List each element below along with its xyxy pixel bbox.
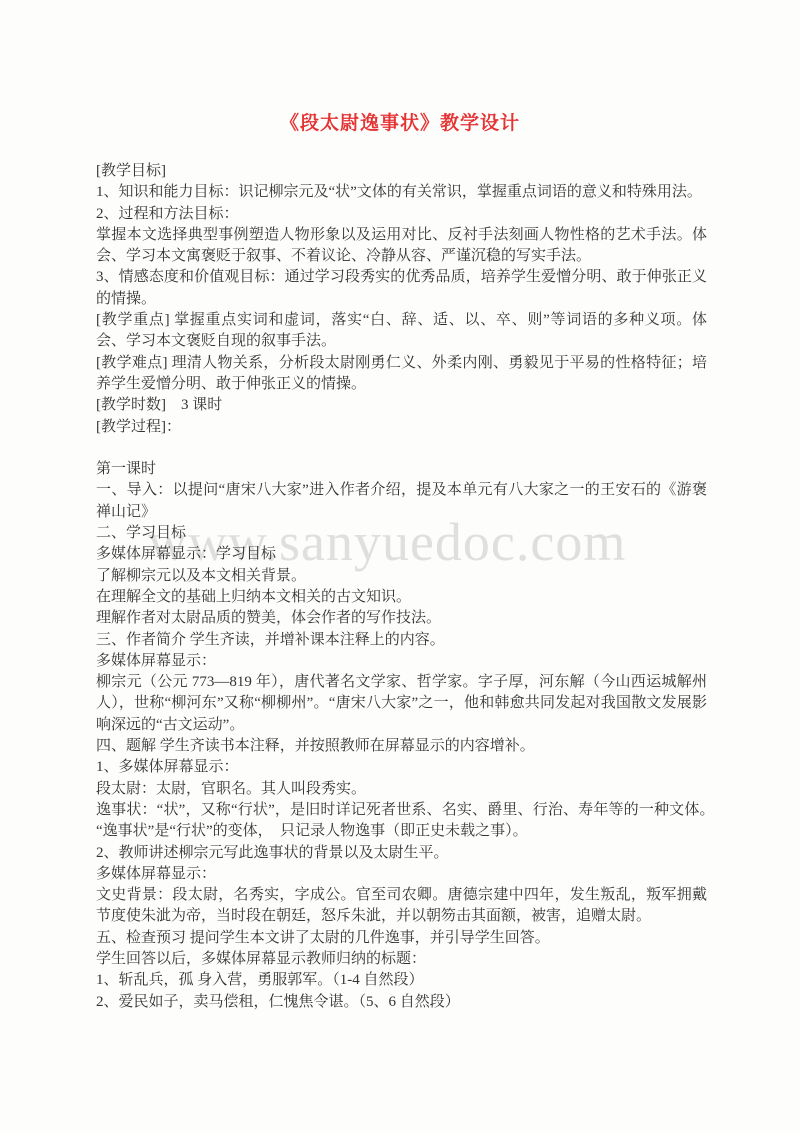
paragraph: 1、斩乱兵，孤 身入营，勇服郭军。（1-4 自然段） <box>96 970 707 991</box>
paragraph: 1、多媒体屏幕显示： <box>96 757 707 778</box>
blank-line <box>96 438 707 459</box>
paragraph: [教学重点] 掌握重点实词和虚词，落实“白、辞、适、以、卒、则”等词语的多种义项… <box>96 310 707 353</box>
paragraph: 多媒体屏幕显示： <box>96 651 707 672</box>
paragraph: 学生回答以后，多媒体屏幕显示教师归纳的标题： <box>96 949 707 970</box>
document-page: 《段太尉逸事状》教学设计 www.sanyuedoc.com [教学目标]1、知… <box>0 0 800 1132</box>
paragraph: 2、爱民如子，卖马偿租，仁愧焦令谌。（5、6 自然段） <box>96 992 707 1013</box>
paragraph: 四、题解 学生齐读书本注释，并按照教师在屏幕显示的内容增补。 <box>96 736 707 757</box>
paragraph: 多媒体屏幕显示： <box>96 864 707 885</box>
paragraph: 3、情感态度和价值观目标：通过学习段秀实的优秀品质，培养学生爱憎分明、敢于伸张正… <box>96 267 707 310</box>
paragraph: 在理解全文的基础上归纳本文相关的古文知识。 <box>96 587 707 608</box>
paragraph: 掌握本文选择典型事例塑造人物形象以及运用对比、反衬手法刻画人物性格的艺术手法。体… <box>96 225 707 268</box>
document-title: 《段太尉逸事状》教学设计 <box>0 108 800 135</box>
paragraph: 了解柳宗元以及本文相关背景。 <box>96 566 707 587</box>
paragraph: 理解作者对太尉品质的赞美，体会作者的写作技法。 <box>96 608 707 629</box>
paragraph: [教学难点] 理清人物关系，分析段太尉刚勇仁义、外柔内刚、勇毅见于平易的性格特征… <box>96 353 707 396</box>
paragraph: 段太尉：太尉，官职名。其人叫段秀实。 <box>96 779 707 800</box>
paragraph: 五、检查预习 提问学生本文讲了太尉的几件逸事，并引导学生回答。 <box>96 928 707 949</box>
paragraph: [教学目标] <box>96 161 707 182</box>
paragraph: 多媒体屏幕显示：学习目标 <box>96 544 707 565</box>
paragraph: 逸事状：“状”，又称“行状”，是旧时详记死者世系、名实、爵里、行治、寿年等的一种… <box>96 800 707 843</box>
paragraph: 三、作者简介 学生齐读，并增补课本注释上的内容。 <box>96 630 707 651</box>
paragraph: 柳宗元（公元 773—819 年），唐代著名文学家、哲学家。字子厚，河东解（今山… <box>96 672 707 736</box>
paragraph: 一、导入：以提问“唐宋八大家”进入作者介绍，提及本单元有八大家之一的王安石的《游… <box>96 480 707 523</box>
paragraph: [教学时数] 3 课时 <box>96 395 707 416</box>
paragraph: [教学过程]： <box>96 417 707 438</box>
paragraph: 文史背景：段太尉，名秀实，字成公。官至司农卿。唐德宗建中四年，发生叛乱，叛军拥戴… <box>96 885 707 928</box>
paragraph: 二、学习目标 <box>96 523 707 544</box>
paragraph: 第一课时 <box>96 459 707 480</box>
document-body: [教学目标]1、知识和能力目标：识记柳宗元及“状”文体的有关常识，掌握重点词语的… <box>96 161 707 1013</box>
paragraph: 2、过程和方法目标： <box>96 204 707 225</box>
paragraph: 1、知识和能力目标：识记柳宗元及“状”文体的有关常识，掌握重点词语的意义和特殊用… <box>96 182 707 203</box>
paragraph: 2、教师讲述柳宗元写此逸事状的背景以及太尉生平。 <box>96 843 707 864</box>
